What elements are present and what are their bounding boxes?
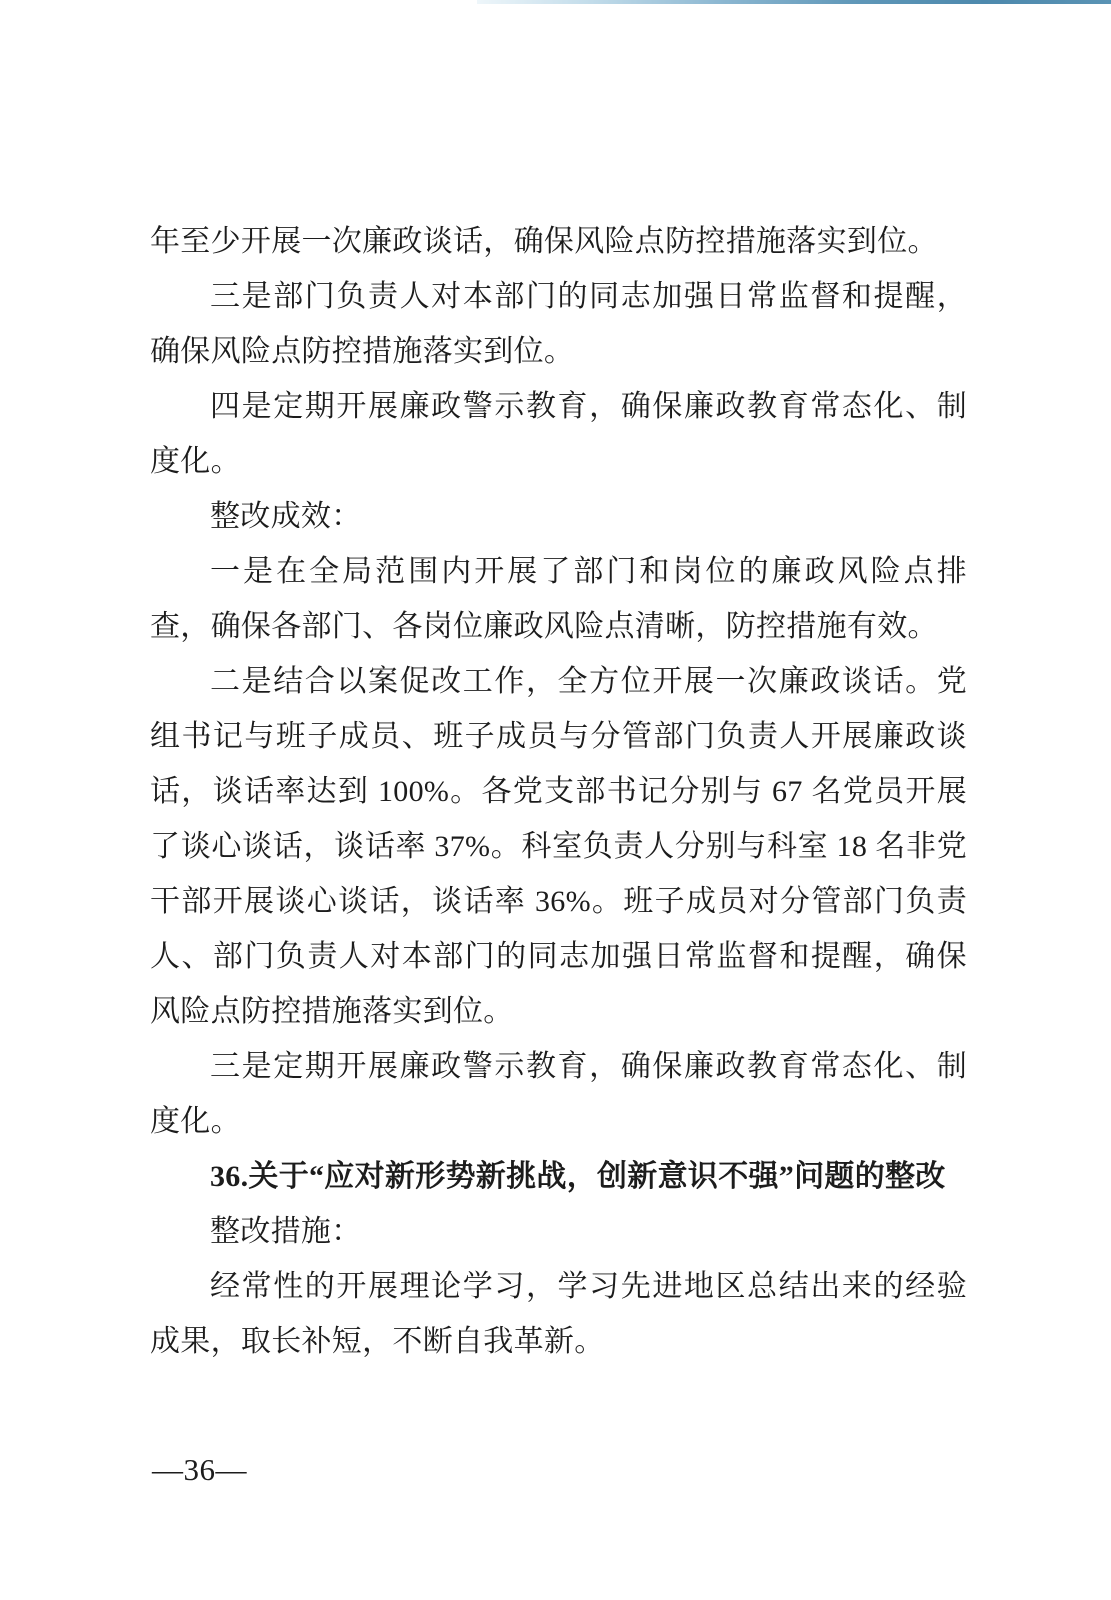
paragraph: 二是结合以案促改工作，全方位开展一次廉政谈话。党组书记与班子成员、班子成员与分管… (150, 654, 967, 1039)
paragraph: 整改措施： (150, 1204, 967, 1259)
paragraph: 年至少开展一次廉政谈话，确保风险点防控措施落实到位。 (150, 214, 967, 269)
paragraph: 三是定期开展廉政警示教育，确保廉政教育常态化、制度化。 (150, 1039, 967, 1149)
top-accent-line (477, 0, 1111, 4)
paragraph: 整改成效： (150, 489, 967, 544)
section-heading: 36.关于“应对新形势新挑战，创新意识不强”问题的整改 (150, 1149, 967, 1204)
document-body: 年至少开展一次廉政谈话，确保风险点防控措施落实到位。三是部门负责人对本部门的同志… (150, 214, 967, 1369)
document-page: 年至少开展一次廉政谈话，确保风险点防控措施落实到位。三是部门负责人对本部门的同志… (0, 0, 1111, 1600)
paragraph: 三是部门负责人对本部门的同志加强日常监督和提醒，确保风险点防控措施落实到位。 (150, 269, 967, 379)
page-number: —36— (152, 1447, 247, 1493)
paragraph: 四是定期开展廉政警示教育，确保廉政教育常态化、制度化。 (150, 379, 967, 489)
paragraph: 一是在全局范围内开展了部门和岗位的廉政风险点排查，确保各部门、各岗位廉政风险点清… (150, 544, 967, 654)
paragraph: 经常性的开展理论学习，学习先进地区总结出来的经验成果，取长补短，不断自我革新。 (150, 1259, 967, 1369)
